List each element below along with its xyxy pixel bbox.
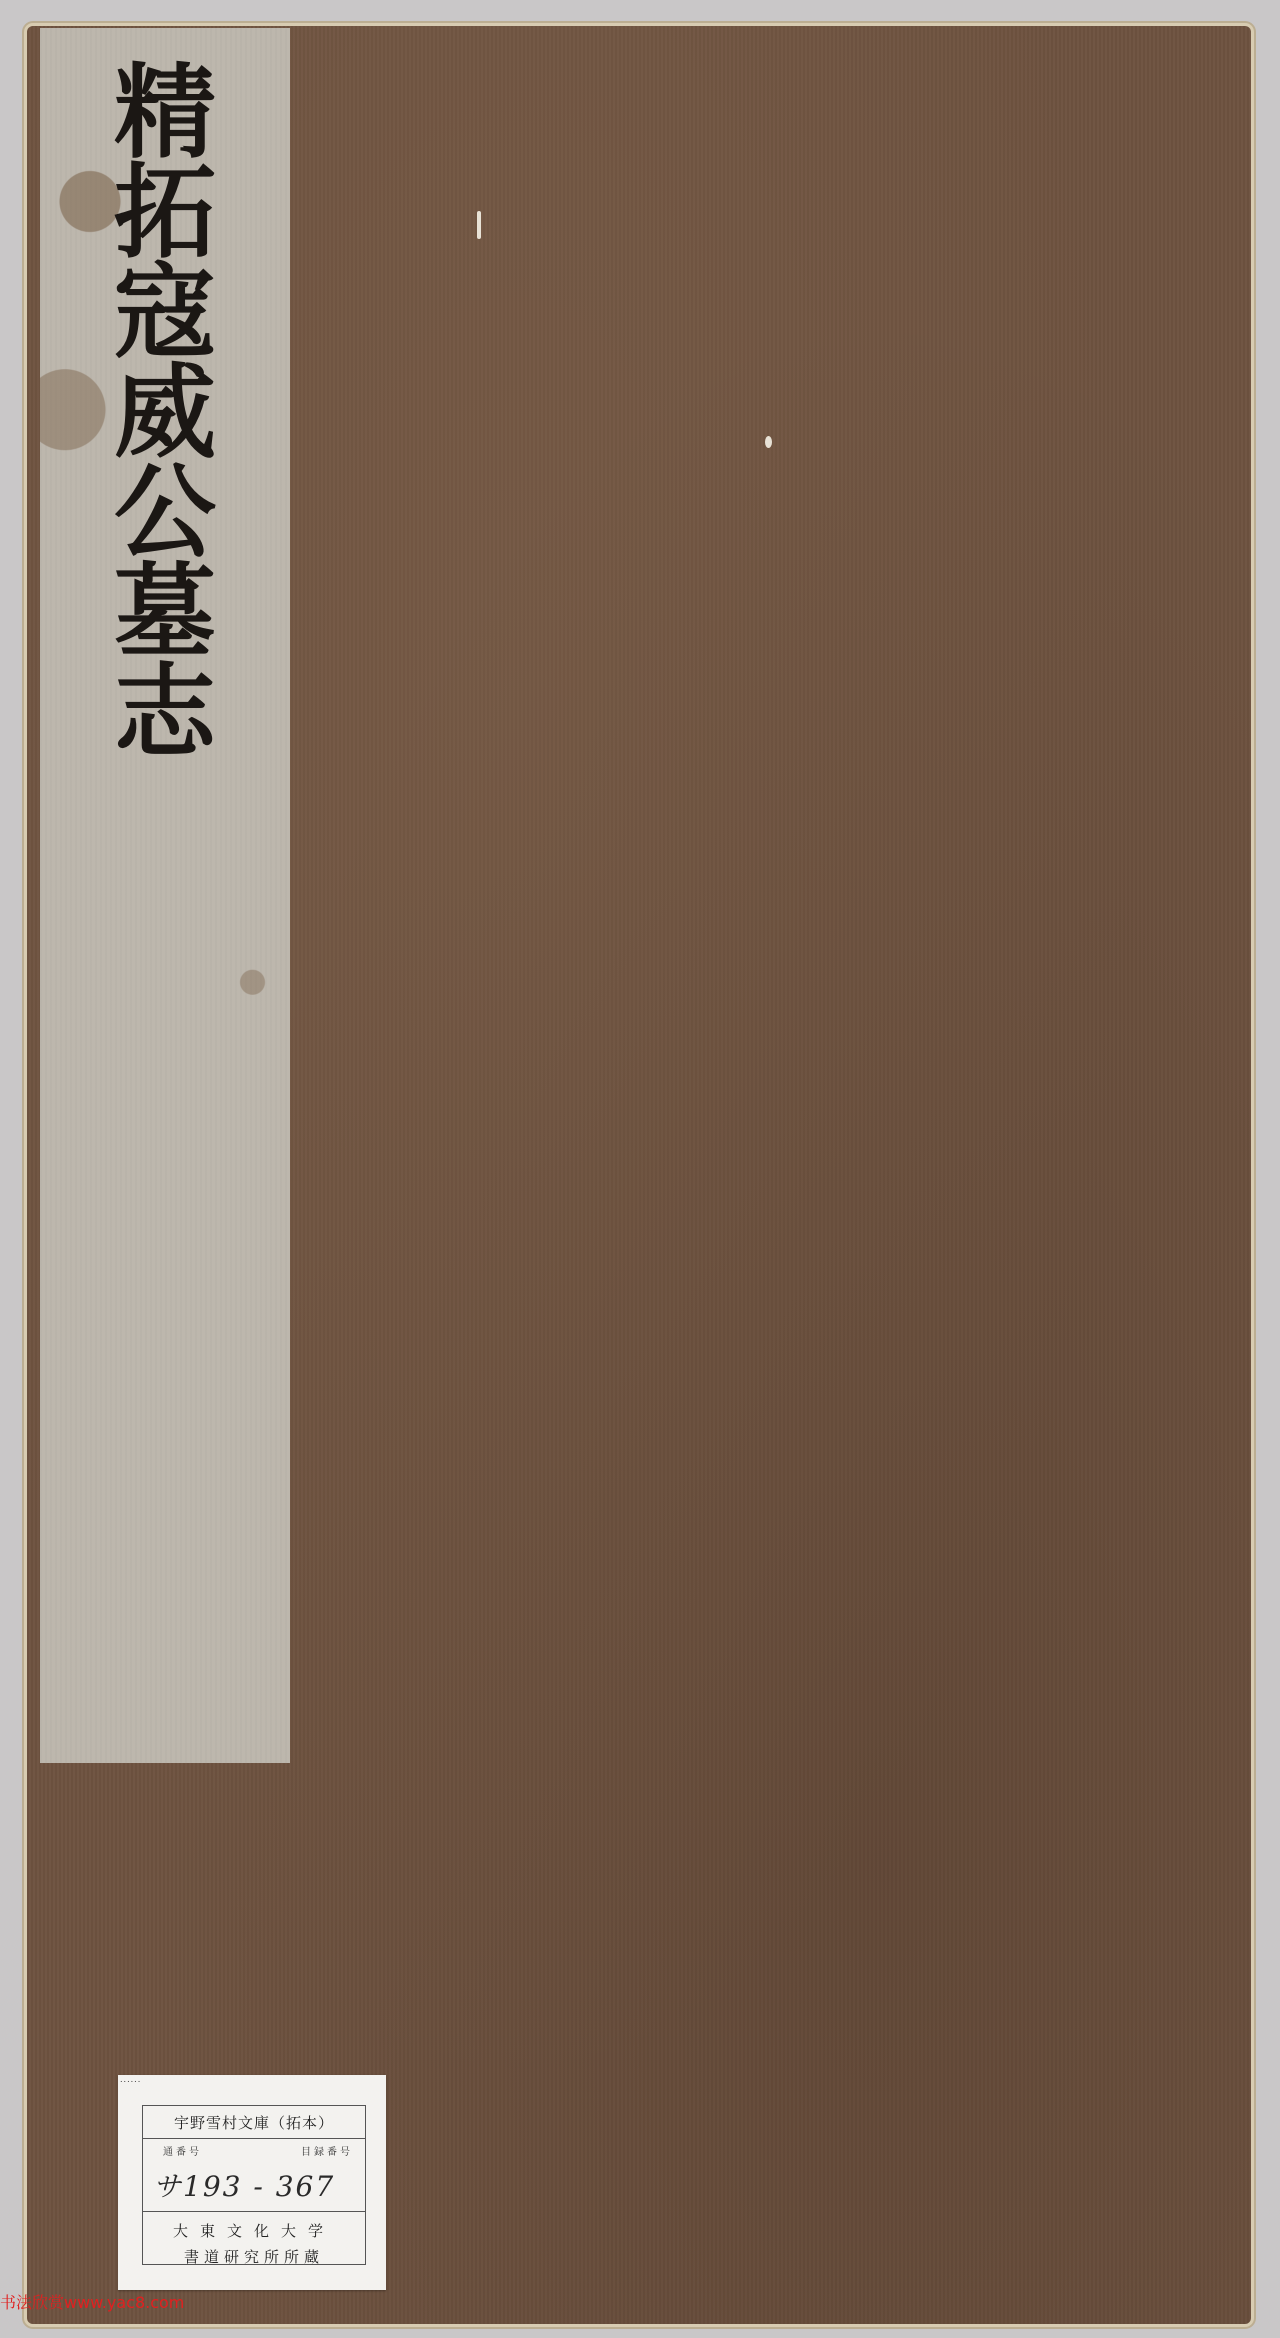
title-calligraphy: 精 拓 寇 威 公 墓 志 — [100, 63, 230, 763]
paper-wear-spot — [765, 436, 772, 448]
watermark: 书法欣赏www.yac8.com — [0, 2290, 184, 2313]
catalog-label: ...... 宇野雪村文庫（拓本） 通番号 目録番号 サ193 - 367 大東… — [118, 2075, 386, 2290]
title-char: 公 — [114, 463, 216, 563]
title-strip: 精 拓 寇 威 公 墓 志 — [40, 28, 290, 1763]
institution-line-1: 大東文化大学 — [143, 2218, 365, 2244]
label-header: 宇野雪村文庫（拓本） — [143, 2106, 365, 2139]
institution-line-2: 書道研究所所蔵 — [143, 2244, 365, 2270]
catalog-number-label: 目録番号 — [301, 2143, 353, 2158]
serial-number-label: 通番号 — [163, 2143, 202, 2158]
paper-wear-spot — [477, 211, 481, 239]
handwritten-number: サ193 - 367 — [153, 2165, 335, 2205]
title-char: 威 — [114, 363, 216, 463]
label-number-row: 通番号 目録番号 サ193 - 367 — [143, 2139, 365, 2212]
label-institution: 大東文化大学 書道研究所所蔵 — [143, 2212, 365, 2270]
label-perforation: ...... — [120, 2075, 141, 2084]
title-char: 寇 — [114, 263, 216, 363]
album-cover: 精 拓 寇 威 公 墓 志 — [27, 26, 1251, 2324]
title-char: 墓 — [114, 563, 216, 663]
title-char: 志 — [114, 663, 216, 763]
title-char: 拓 — [114, 163, 216, 263]
title-char: 精 — [114, 63, 216, 163]
label-frame: 宇野雪村文庫（拓本） 通番号 目録番号 サ193 - 367 大東文化大学 書道… — [142, 2105, 366, 2265]
